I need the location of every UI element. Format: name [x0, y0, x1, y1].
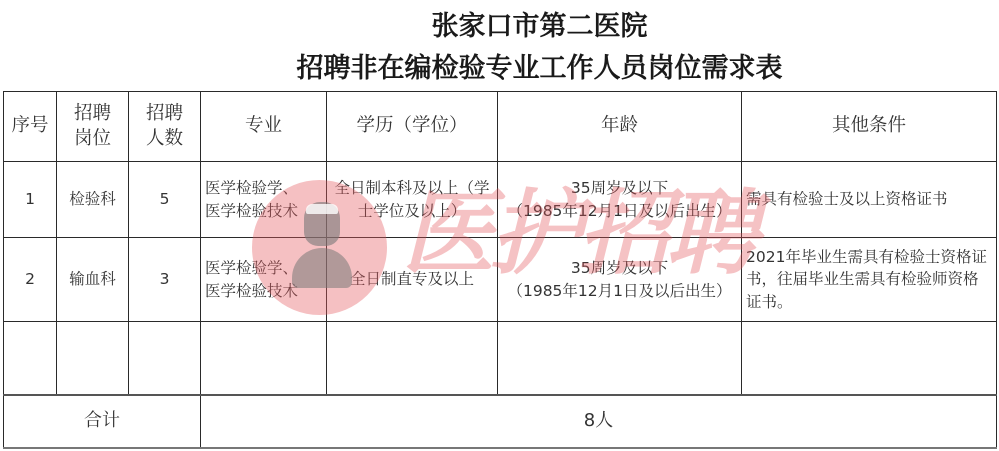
requirements-table: 序号 招聘 岗位 招聘 人数 专业 学历（学位） 年龄 其他条件 1 检验科 5…: [3, 91, 997, 449]
cell-major-line2: 医学检验技术: [205, 200, 322, 222]
cell-seq: 1: [4, 162, 57, 238]
header-other: 其他条件: [742, 92, 997, 162]
cell-education: 全日制本科及以上（学士学位及以上）: [327, 162, 498, 238]
table-row-empty: [4, 322, 997, 396]
table-row: 2 输血科 3 医学检验学、 医学检验技术 全日制直专及以上 35周岁及以下 （…: [4, 238, 997, 322]
empty-cell: [129, 322, 201, 396]
cell-education: 全日制直专及以上: [327, 238, 498, 322]
cell-age-line1: 35周岁及以下: [502, 257, 737, 279]
cell-other: 2021年毕业生需具有检验士资格证书，往届毕业生需具有检验师资格证书。: [742, 238, 997, 322]
header-count: 招聘 人数: [129, 92, 201, 162]
document-title: 张家口市第二医院: [40, 4, 999, 43]
cell-seq: 2: [4, 238, 57, 322]
header-age: 年龄: [498, 92, 742, 162]
empty-cell: [4, 322, 57, 396]
header-count-line2: 人数: [133, 127, 196, 151]
document-subtitle: 招聘非在编检验专业工作人员岗位需求表: [40, 46, 999, 85]
header-position-line2: 岗位: [61, 127, 124, 151]
header-education: 学历（学位）: [327, 92, 498, 162]
cell-major-line2: 医学检验技术: [205, 280, 322, 302]
cell-count: 3: [129, 238, 201, 322]
table-total-row: 合计 8人: [4, 395, 997, 448]
cell-other: 需具有检验士及以上资格证书: [742, 162, 997, 238]
cell-major-line1: 医学检验学、: [205, 177, 322, 199]
header-seq: 序号: [4, 92, 57, 162]
cell-position: 检验科: [57, 162, 129, 238]
cell-major: 医学检验学、 医学检验技术: [201, 162, 327, 238]
table-row: 1 检验科 5 医学检验学、 医学检验技术 全日制本科及以上（学士学位及以上） …: [4, 162, 997, 238]
empty-cell: [498, 322, 742, 396]
cell-age-line2: （1985年12月1日及以后出生）: [502, 280, 737, 302]
cell-major: 医学检验学、 医学检验技术: [201, 238, 327, 322]
cell-age-line1: 35周岁及以下: [502, 177, 737, 199]
cell-age: 35周岁及以下 （1985年12月1日及以后出生）: [498, 238, 742, 322]
cell-age: 35周岁及以下 （1985年12月1日及以后出生）: [498, 162, 742, 238]
cell-count: 5: [129, 162, 201, 238]
empty-cell: [742, 322, 997, 396]
empty-cell: [201, 322, 327, 396]
header-position-line1: 招聘: [61, 102, 124, 126]
header-count-line1: 招聘: [133, 102, 196, 126]
cell-major-line1: 医学检验学、: [205, 257, 322, 279]
empty-cell: [327, 322, 498, 396]
total-value: 8人: [201, 395, 997, 448]
cell-position: 输血科: [57, 238, 129, 322]
header-position: 招聘 岗位: [57, 92, 129, 162]
total-label: 合计: [4, 395, 201, 448]
empty-cell: [57, 322, 129, 396]
cell-age-line2: （1985年12月1日及以后出生）: [502, 200, 737, 222]
header-major: 专业: [201, 92, 327, 162]
table-header-row: 序号 招聘 岗位 招聘 人数 专业 学历（学位） 年龄 其他条件: [4, 92, 997, 162]
